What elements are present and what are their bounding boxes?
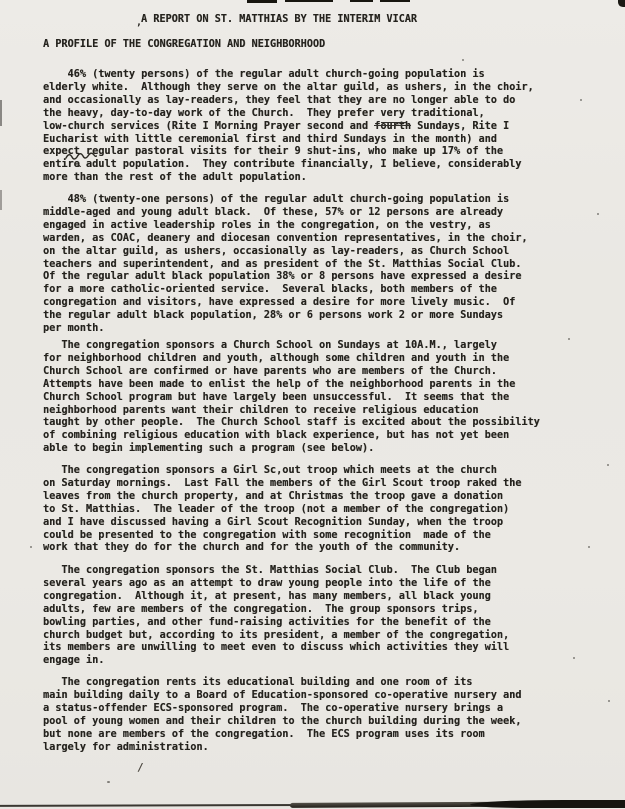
overline-mark-fourth — [374, 125, 411, 126]
underline-mark-very — [381, 122, 406, 123]
scan-edge-artifact — [350, 0, 373, 2]
paragraph-building-rental: The congregation rents its educational b… — [43, 677, 521, 754]
paragraph-girl-scout: The congregation sponsors a Girl Sc,out … — [43, 465, 521, 555]
scan-edge-artifact — [0, 100, 2, 126]
scanned-report-page: , A REPORT ON ST. MATTHIAS BY THE INTERI… — [0, 0, 625, 809]
scan-speck — [568, 338, 570, 340]
scan-speck — [107, 781, 110, 783]
section-heading: A PROFILE OF THE CONGREGATION AND NEIGHB… — [43, 39, 325, 52]
scan-speck — [588, 546, 590, 548]
scan-edge-artifact — [380, 0, 410, 2]
paragraph-elderly-white: 46% (twenty persons) of the regular adul… — [43, 69, 534, 185]
scan-speck — [597, 213, 599, 215]
paragraph-church-school: The congregation sponsors a Church Schoo… — [43, 340, 540, 456]
scan-edge-artifact — [247, 0, 277, 3]
scan-speck — [607, 464, 609, 466]
handwritten-scribble-mark — [65, 151, 97, 162]
scan-speck — [608, 700, 610, 702]
scan-edge-artifact — [285, 0, 333, 2]
scan-edge-artifact — [0, 190, 2, 210]
paragraph-adult-black: 48% (twenty-one persons) of the regular … — [43, 194, 528, 336]
scan-speck — [462, 59, 464, 61]
scan-bottom-edge-blob — [470, 800, 625, 808]
stray-slash-mark: / — [137, 762, 144, 775]
scan-corner-artifact — [618, 0, 625, 7]
scan-speck — [573, 657, 575, 659]
paragraph-social-club: The congregation sponsors the St. Matthi… — [43, 565, 509, 668]
caret-insertion-mark: ^ — [76, 165, 81, 174]
scan-speck — [30, 546, 32, 548]
scan-speck — [580, 99, 582, 101]
report-title: A REPORT ON ST. MATTHIAS BY THE INTERIM … — [141, 14, 417, 27]
